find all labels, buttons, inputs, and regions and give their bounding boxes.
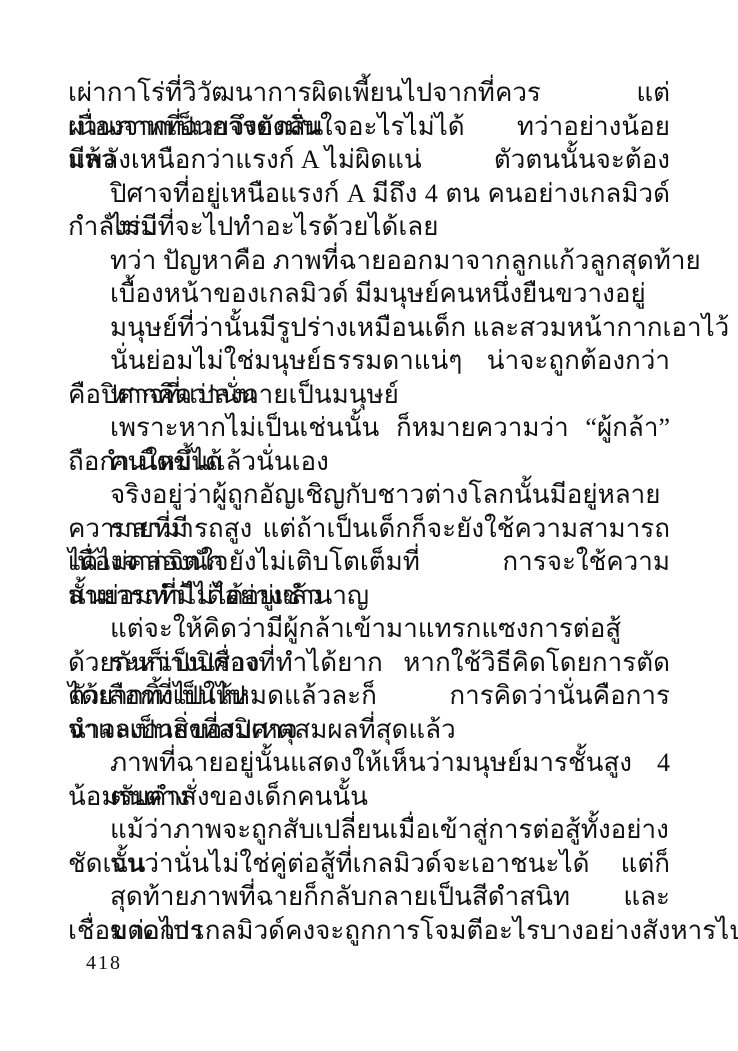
text-line: ทว่า ปัญหาคือ ภาพที่ฉายออกมาจากลูกแก้วลู… xyxy=(68,244,670,278)
text-line: ภาพที่ฉายอยู่นั้นแสดงให้เห็นว่ามนุษย์มาร… xyxy=(68,746,670,780)
text-line: คือปิศาจที่แปลงกายเป็นมนุษย์ xyxy=(68,378,670,412)
text-line: เผ่ากาโร่ที่วิวัฒนาการผิดเพี้ยนไปจากที่ค… xyxy=(68,76,670,110)
text-line: เพราะหากไม่เป็นเช่นนั้น ก็หมายความว่า “ผ… xyxy=(68,411,670,445)
text-line: ชัดเจนว่านั่นไม่ใช่คู่ต่อสู้ที่เกลมิวด์จ… xyxy=(68,847,670,881)
text-line: ความสามารถสูง แต่ถ้าเป็นเด็กก็จะยังใช้คว… xyxy=(68,512,670,546)
text-line: ถือกำเนิดขึ้นแล้วนั่นเอง xyxy=(68,445,670,479)
text-line: เบื้องหน้าของเกลมิวด์ มีมนุษย์คนหนึ่งยืน… xyxy=(68,277,670,311)
page-body: เผ่ากาโร่ที่วิวัฒนาการผิดเพี้ยนไปจากที่ค… xyxy=(68,76,670,947)
page-number: 418 xyxy=(86,951,122,975)
text-line: น้อมรับคำสั่งของเด็กคนนั้น xyxy=(68,780,670,814)
text-line: แต่จะให้คิดว่ามีผู้กล้าเข้ามาแทรกแซงการต… xyxy=(68,612,670,646)
text-line: นั่นย่อมไม่ใช่มนุษย์ธรรมดาแน่ๆ น่าจะถูกต… xyxy=(68,344,670,378)
text-line: กำลังรบที่จะไปทำอะไรด้วยได้เลย xyxy=(68,210,670,244)
text-line: แม้ว่าภาพจะถูกสับเปลี่ยนเมื่อเข้าสู่การต… xyxy=(68,813,670,847)
book-page: เผ่ากาโร่ที่วิวัฒนาการผิดเพี้ยนไปจากที่ค… xyxy=(0,0,738,1051)
text-line: ปิศาจที่อยู่เหนือแรงก์ A มีถึง 4 ตน คนอย… xyxy=(68,177,670,211)
text-line: ด้วยกันก็เป็นเรื่องที่ทำได้ยาก หากใช้วิธ… xyxy=(68,646,670,680)
text-line: มนุษย์ที่ว่านั้นมีรูปร่างเหมือนเด็ก และส… xyxy=(68,311,670,345)
text-line: ผ่านภาพที่ฉายจึงยังมั่นใจอะไรไม่ได้ ทว่า… xyxy=(68,110,670,144)
text-line: สุดท้ายภาพที่ฉายก็กลับกลายเป็นสีดำสนิท แ… xyxy=(68,880,670,914)
text-line: ได้ยากทิ้งไปให้หมดแล้วละก็ การคิดว่านั่น… xyxy=(68,679,670,713)
text-line: จริงอยู่ว่าผู้ถูกอัญเชิญกับชาวต่างโลกนั้… xyxy=(68,478,670,512)
text-line: น่าจะเป็นสิ่งที่สมเหตุสมผลที่สุดแล้ว xyxy=(68,713,670,747)
text-line: เนื่องจากจิตใจยังไม่เติบโตเต็มที่ การจะใ… xyxy=(68,545,670,579)
text-line: เชื่อมต่อไป เกลมิวด์คงจะถูกการโจมตีอะไรบ… xyxy=(68,914,670,948)
